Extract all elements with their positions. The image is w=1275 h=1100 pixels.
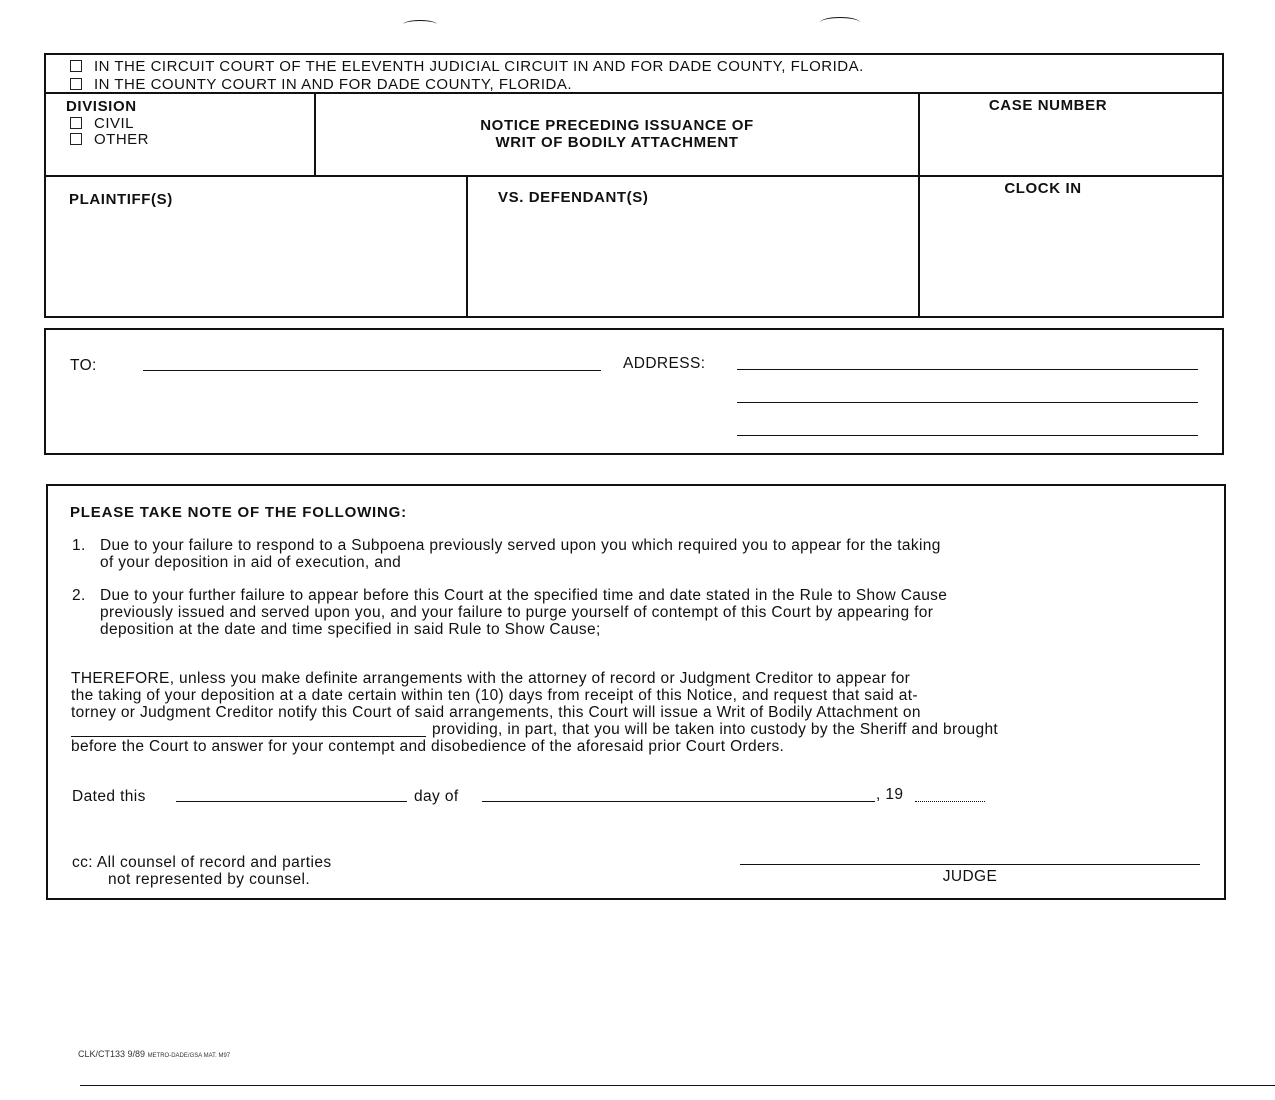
notice-item-1-line: of your deposition in aid of execution, …	[100, 554, 1202, 571]
judge-label: JUDGE	[740, 868, 1200, 886]
divider	[918, 92, 920, 318]
checkbox-civil[interactable]	[70, 117, 82, 129]
dated-day-field[interactable]	[176, 785, 407, 802]
notice-item-2-line: deposition at the date and time specifie…	[100, 621, 1202, 638]
bottom-edge-line	[80, 1085, 1275, 1086]
cc-line-2: not represented by counsel.	[108, 871, 310, 889]
address-line-2[interactable]	[737, 384, 1198, 403]
address-line-1[interactable]	[737, 351, 1198, 370]
checkbox-circuit-court[interactable]	[70, 60, 82, 72]
notice-item-1-number: 1.	[72, 537, 86, 554]
plaintiff-label: PLAINTIFF(S)	[69, 191, 173, 208]
notice-item-2: 2. Due to your further failure to appear…	[72, 587, 1202, 638]
checkbox-county-court[interactable]	[70, 78, 82, 90]
dated-year-field[interactable]	[915, 786, 985, 802]
notice-item-1: 1. Due to your failure to respond to a S…	[72, 537, 1202, 571]
dated-prefix: Dated this	[72, 788, 146, 806]
divider	[466, 175, 468, 318]
therefore-line: the taking of your deposition at a date …	[71, 687, 1201, 704]
divider	[44, 92, 1224, 94]
notice-item-2-line: Due to your further failure to appear be…	[100, 587, 1202, 604]
division-civil-label: CIVIL	[94, 115, 134, 132]
therefore-line: providing, in part, that you will be tak…	[432, 721, 998, 738]
notice-heading: PLEASE TAKE NOTE OF THE FOLLOWING:	[70, 504, 407, 521]
therefore-paragraph: THEREFORE, unless you make definite arra…	[71, 670, 1201, 755]
form-code: CLK/CT133 9/89 METRO-DADE/GSA MAT. M97	[78, 1049, 230, 1059]
judge-signature-field[interactable]	[740, 848, 1200, 865]
division-option-civil[interactable]: CIVIL	[70, 115, 134, 132]
divider	[44, 175, 1224, 177]
division-other-label: OTHER	[94, 131, 149, 148]
to-label: TO:	[70, 357, 97, 375]
address-label: ADDRESS:	[623, 355, 705, 373]
form-code-number: CLK/CT133 9/89	[78, 1049, 145, 1059]
defendant-label: VS. DEFENDANT(S)	[498, 189, 648, 206]
therefore-line: THEREFORE, unless you make definite arra…	[71, 670, 1201, 687]
form-title-line2: WRIT OF BODILY ATTACHMENT	[316, 134, 918, 151]
to-field[interactable]	[143, 352, 601, 371]
clock-in-label: CLOCK IN	[920, 180, 1166, 197]
punch-hole-arc-left	[403, 20, 437, 29]
court-option-circuit[interactable]: IN THE CIRCUIT COURT OF THE ELEVENTH JUD…	[70, 58, 864, 75]
cc-line-1: cc: All counsel of record and parties	[72, 854, 332, 872]
punch-hole-arc-right	[820, 17, 860, 28]
clock-in-field[interactable]	[922, 200, 1220, 314]
division-option-other[interactable]: OTHER	[70, 131, 149, 148]
writ-date-field[interactable]	[71, 721, 426, 737]
case-number-label: CASE NUMBER	[920, 97, 1176, 114]
plaintiff-field[interactable]	[48, 212, 464, 314]
notice-item-1-line: Due to your failure to respond to a Subp…	[100, 537, 1202, 554]
court-option-county-label: IN THE COUNTY COURT IN AND FOR DADE COUN…	[94, 76, 572, 93]
dated-month-field[interactable]	[482, 785, 875, 802]
form-title-line1: NOTICE PRECEDING ISSUANCE OF	[316, 117, 918, 134]
therefore-line: torney or Judgment Creditor notify this …	[71, 704, 1201, 721]
case-number-field[interactable]	[922, 118, 1220, 174]
year-prefix: , 19	[876, 786, 903, 804]
checkbox-other[interactable]	[70, 133, 82, 145]
division-heading: DIVISION	[66, 98, 137, 115]
notice-item-2-number: 2.	[72, 587, 86, 604]
court-option-county[interactable]: IN THE COUNTY COURT IN AND FOR DADE COUN…	[70, 76, 572, 93]
day-of-label: day of	[414, 788, 459, 806]
form-title: NOTICE PRECEDING ISSUANCE OF WRIT OF BOD…	[316, 117, 918, 151]
address-line-3[interactable]	[737, 417, 1198, 436]
therefore-line: before the Court to answer for your cont…	[71, 738, 1201, 755]
form-code-printer: METRO-DADE/GSA MAT. M97	[148, 1053, 231, 1059]
court-option-circuit-label: IN THE CIRCUIT COURT OF THE ELEVENTH JUD…	[94, 58, 864, 75]
defendant-field[interactable]	[470, 212, 916, 314]
notice-item-2-line: previously issued and served upon you, a…	[100, 604, 1202, 621]
